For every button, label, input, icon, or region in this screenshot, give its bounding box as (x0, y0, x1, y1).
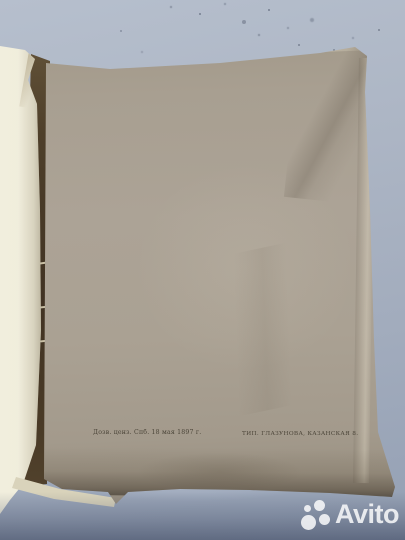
printer-imprint-text: Тип. Глазунова, Казанская 8. (242, 431, 358, 437)
avito-logo-dot (319, 514, 330, 525)
censor-imprint-text: Дозв. ценз. Спб. 18 мая 1897 г. (93, 429, 201, 436)
avito-logo-dot (304, 505, 311, 512)
avito-watermark: Avito (294, 494, 404, 536)
book-photo: Дозв. ценз. Спб. 18 мая 1897 г. Тип. Гла… (0, 0, 405, 540)
blank-back-page: Дозв. ценз. Спб. 18 мая 1897 г. Тип. Гла… (0, 0, 405, 540)
avito-logo-icon (298, 498, 336, 532)
surface-speckles (0, 0, 2, 2)
avito-logo-dot (314, 500, 325, 511)
avito-wordmark: Avito (335, 496, 399, 532)
avito-logo-dot (301, 515, 316, 530)
